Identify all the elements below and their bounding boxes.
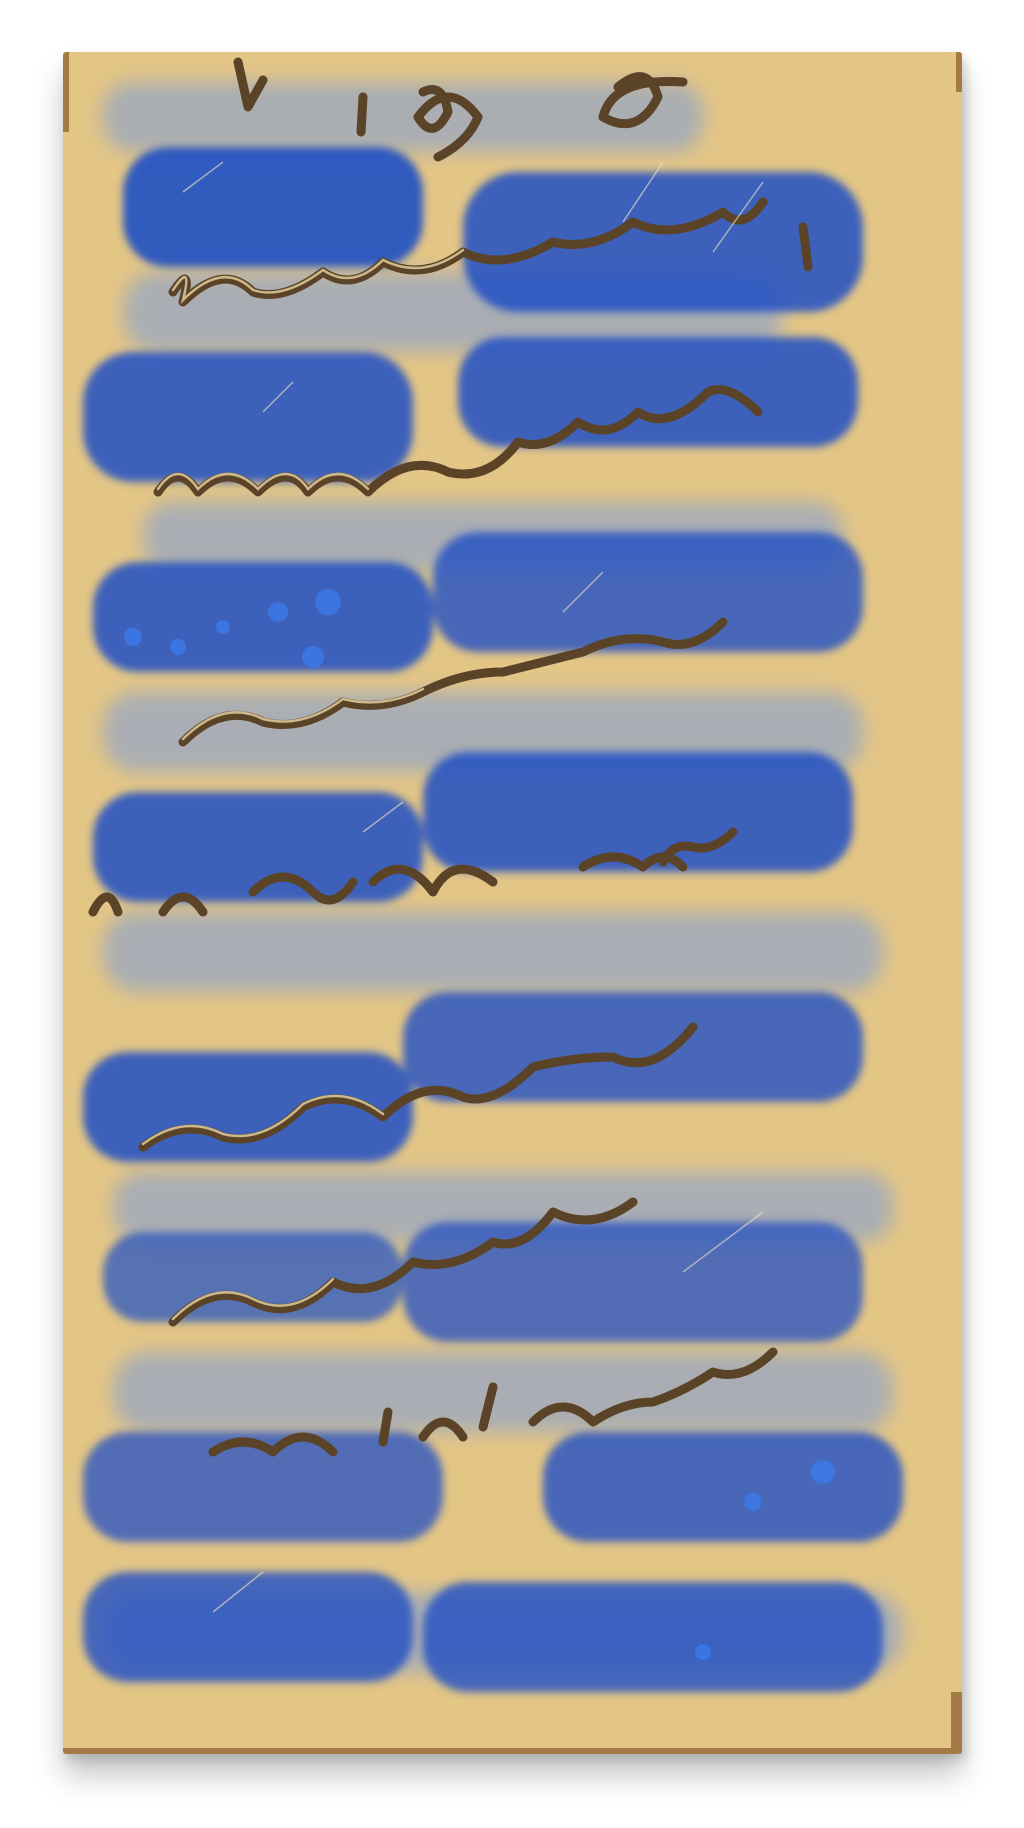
painted-board	[63, 52, 962, 1754]
painting-canvas	[63, 52, 962, 1754]
